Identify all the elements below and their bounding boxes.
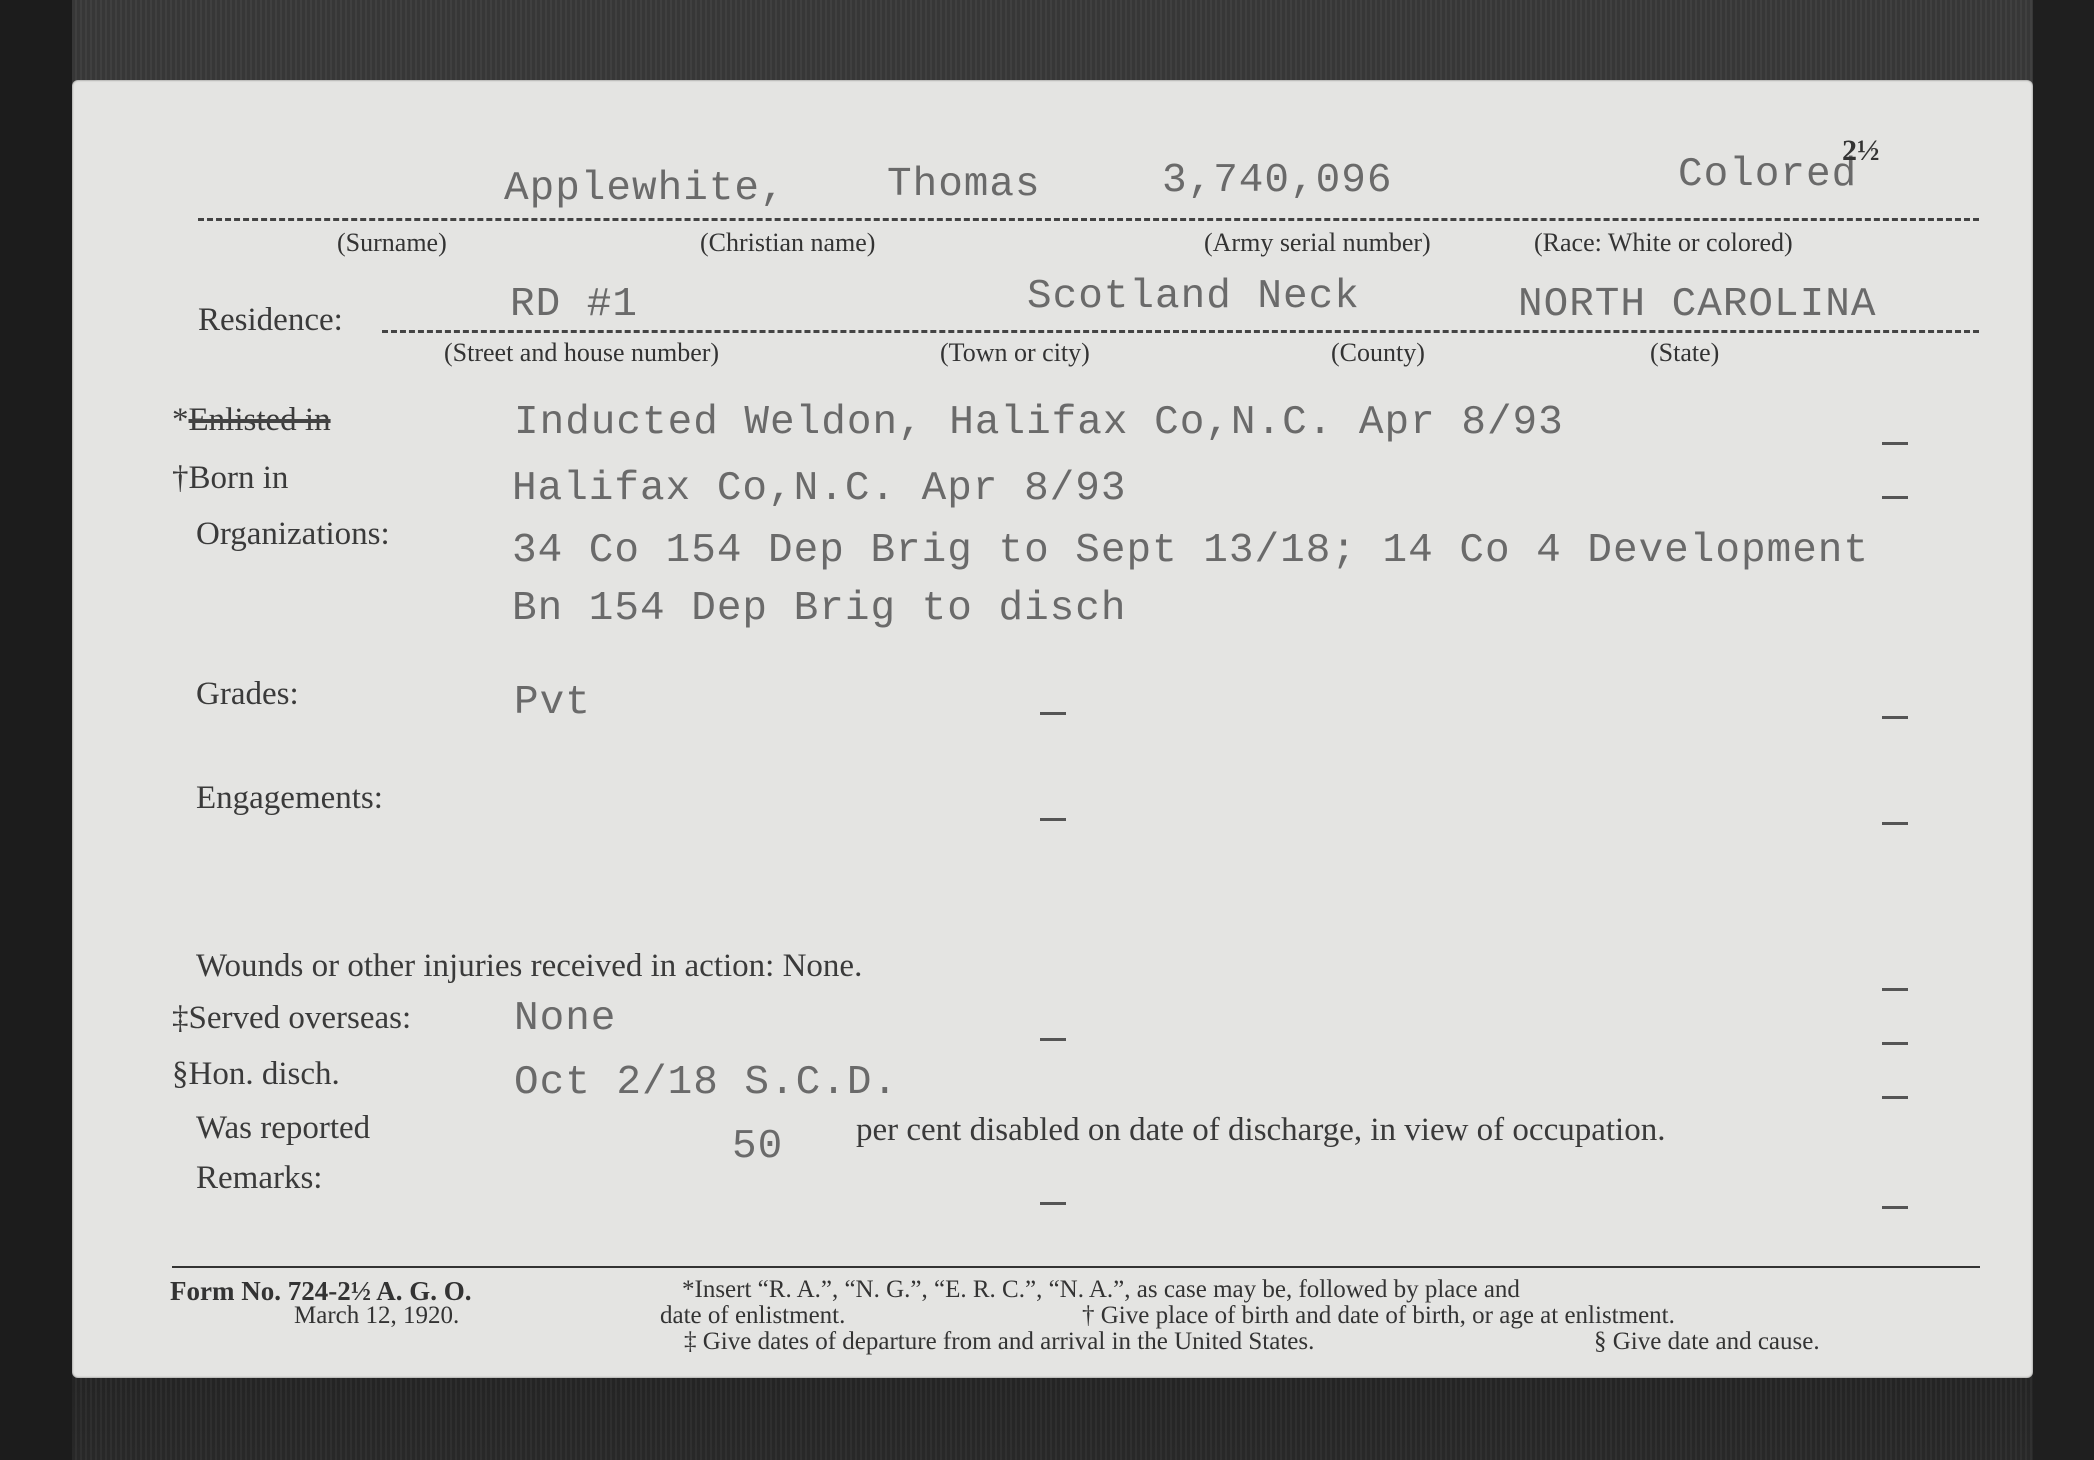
county-caption: (County) (1331, 338, 1425, 368)
grades-value: Pvt (514, 680, 591, 726)
footnote-born: † Give place of birth and date of birth,… (1082, 1302, 1675, 1330)
percent-disabled-text: per cent disabled on date of discharge, … (856, 1112, 1665, 1149)
served-overseas-blank-dash-middle (1040, 1038, 1066, 1041)
grades-label: Grades: (196, 676, 299, 713)
scanner-background-right (2033, 0, 2094, 1460)
serial-number-value: 3,740,096 (1162, 158, 1392, 204)
organizations-line-1: 34 Co 154 Dep Brig to Sept 13/18; 14 Co … (512, 528, 1869, 574)
footnote-insert: *Insert “R. A.”, “N. G.”, “E. R. C.”, “N… (682, 1276, 1520, 1304)
footnote-discharge: § Give date and cause. (1594, 1328, 1820, 1356)
wounds-label-text: Wounds or other injuries received in act… (196, 948, 774, 984)
scanner-background-left (0, 0, 72, 1460)
wounds-blank-dash (1882, 988, 1908, 991)
enlisted-label-text: Enlisted in (189, 402, 331, 438)
name-underline (198, 218, 1979, 221)
race-value: Colored (1678, 152, 1857, 198)
hon-disch-label-text: Hon. disch. (189, 1056, 340, 1092)
engagements-blank-dash (1882, 822, 1908, 825)
surname-value: Applewhite, (504, 166, 786, 212)
state-caption: (State) (1650, 338, 1719, 368)
remarks-blank-dash (1882, 1206, 1908, 1209)
town-value: Scotland Neck (1027, 274, 1360, 320)
footnote-insert-cont: date of enlistment. (660, 1302, 845, 1330)
hon-disch-label: §Hon. disch. (172, 1056, 340, 1093)
wounds-value: None. (783, 948, 863, 984)
surname-caption: (Surname) (337, 228, 447, 258)
remarks-blank-dash-middle (1040, 1202, 1066, 1205)
race-caption: (Race: White or colored) (1534, 228, 1793, 258)
born-blank-dash (1882, 496, 1908, 499)
was-reported-label: Was reported (196, 1110, 370, 1147)
served-overseas-label: ‡Served overseas: (172, 1000, 411, 1037)
served-overseas-blank-dash (1882, 1042, 1908, 1045)
hon-disch-footnote-mark: § (172, 1056, 189, 1092)
engagements-blank-dash-middle (1040, 818, 1066, 821)
grades-blank-dash-middle (1040, 712, 1066, 715)
service-record-card: Applewhite, Thomas 3,740,096 Colored 2½ … (72, 80, 2033, 1378)
served-overseas-label-text: Served overseas: (189, 1000, 412, 1036)
percent-disabled-value: 50 (732, 1124, 783, 1170)
enlisted-value: Inducted Weldon, Halifax Co,N.C. Apr 8/9… (514, 400, 1564, 446)
street-value: RD #1 (510, 282, 638, 328)
born-footnote-mark: † (172, 460, 189, 496)
hon-disch-value: Oct 2/18 S.C.D. (514, 1060, 898, 1106)
serial-number-caption: (Army serial number) (1204, 228, 1431, 258)
enlisted-label: *Enlisted in (172, 402, 331, 439)
wounds-label: Wounds or other injuries received in act… (196, 948, 862, 985)
grades-blank-dash (1882, 716, 1908, 719)
served-overseas-footnote-mark: ‡ (172, 1000, 189, 1036)
christian-name-value: Thomas (887, 162, 1041, 208)
remarks-label: Remarks: (196, 1160, 322, 1197)
hon-disch-blank-dash (1882, 1096, 1908, 1099)
residence-underline (382, 330, 1979, 333)
born-label-text: Born in (189, 460, 289, 496)
born-value: Halifax Co,N.C. Apr 8/93 (512, 466, 1127, 512)
enlisted-blank-dash (1882, 442, 1908, 445)
enlisted-footnote-mark: * (172, 402, 189, 438)
footer-rule (172, 1266, 1980, 1268)
form-date: March 12, 1920. (294, 1302, 459, 1330)
form-mark: 2½ (1842, 134, 1880, 168)
engagements-label: Engagements: (196, 780, 383, 817)
footnote-overseas: ‡ Give dates of departure from and arriv… (684, 1328, 1314, 1356)
residence-label: Residence: (198, 302, 343, 339)
served-overseas-value: None (514, 996, 616, 1042)
organizations-line-2: Bn 154 Dep Brig to disch (512, 586, 1127, 632)
state-value: NORTH CAROLINA (1518, 282, 1876, 328)
street-caption: (Street and house number) (444, 338, 719, 368)
town-caption: (Town or city) (940, 338, 1090, 368)
organizations-label: Organizations: (196, 516, 390, 553)
born-label: †Born in (172, 460, 288, 497)
christian-name-caption: (Christian name) (700, 228, 875, 258)
